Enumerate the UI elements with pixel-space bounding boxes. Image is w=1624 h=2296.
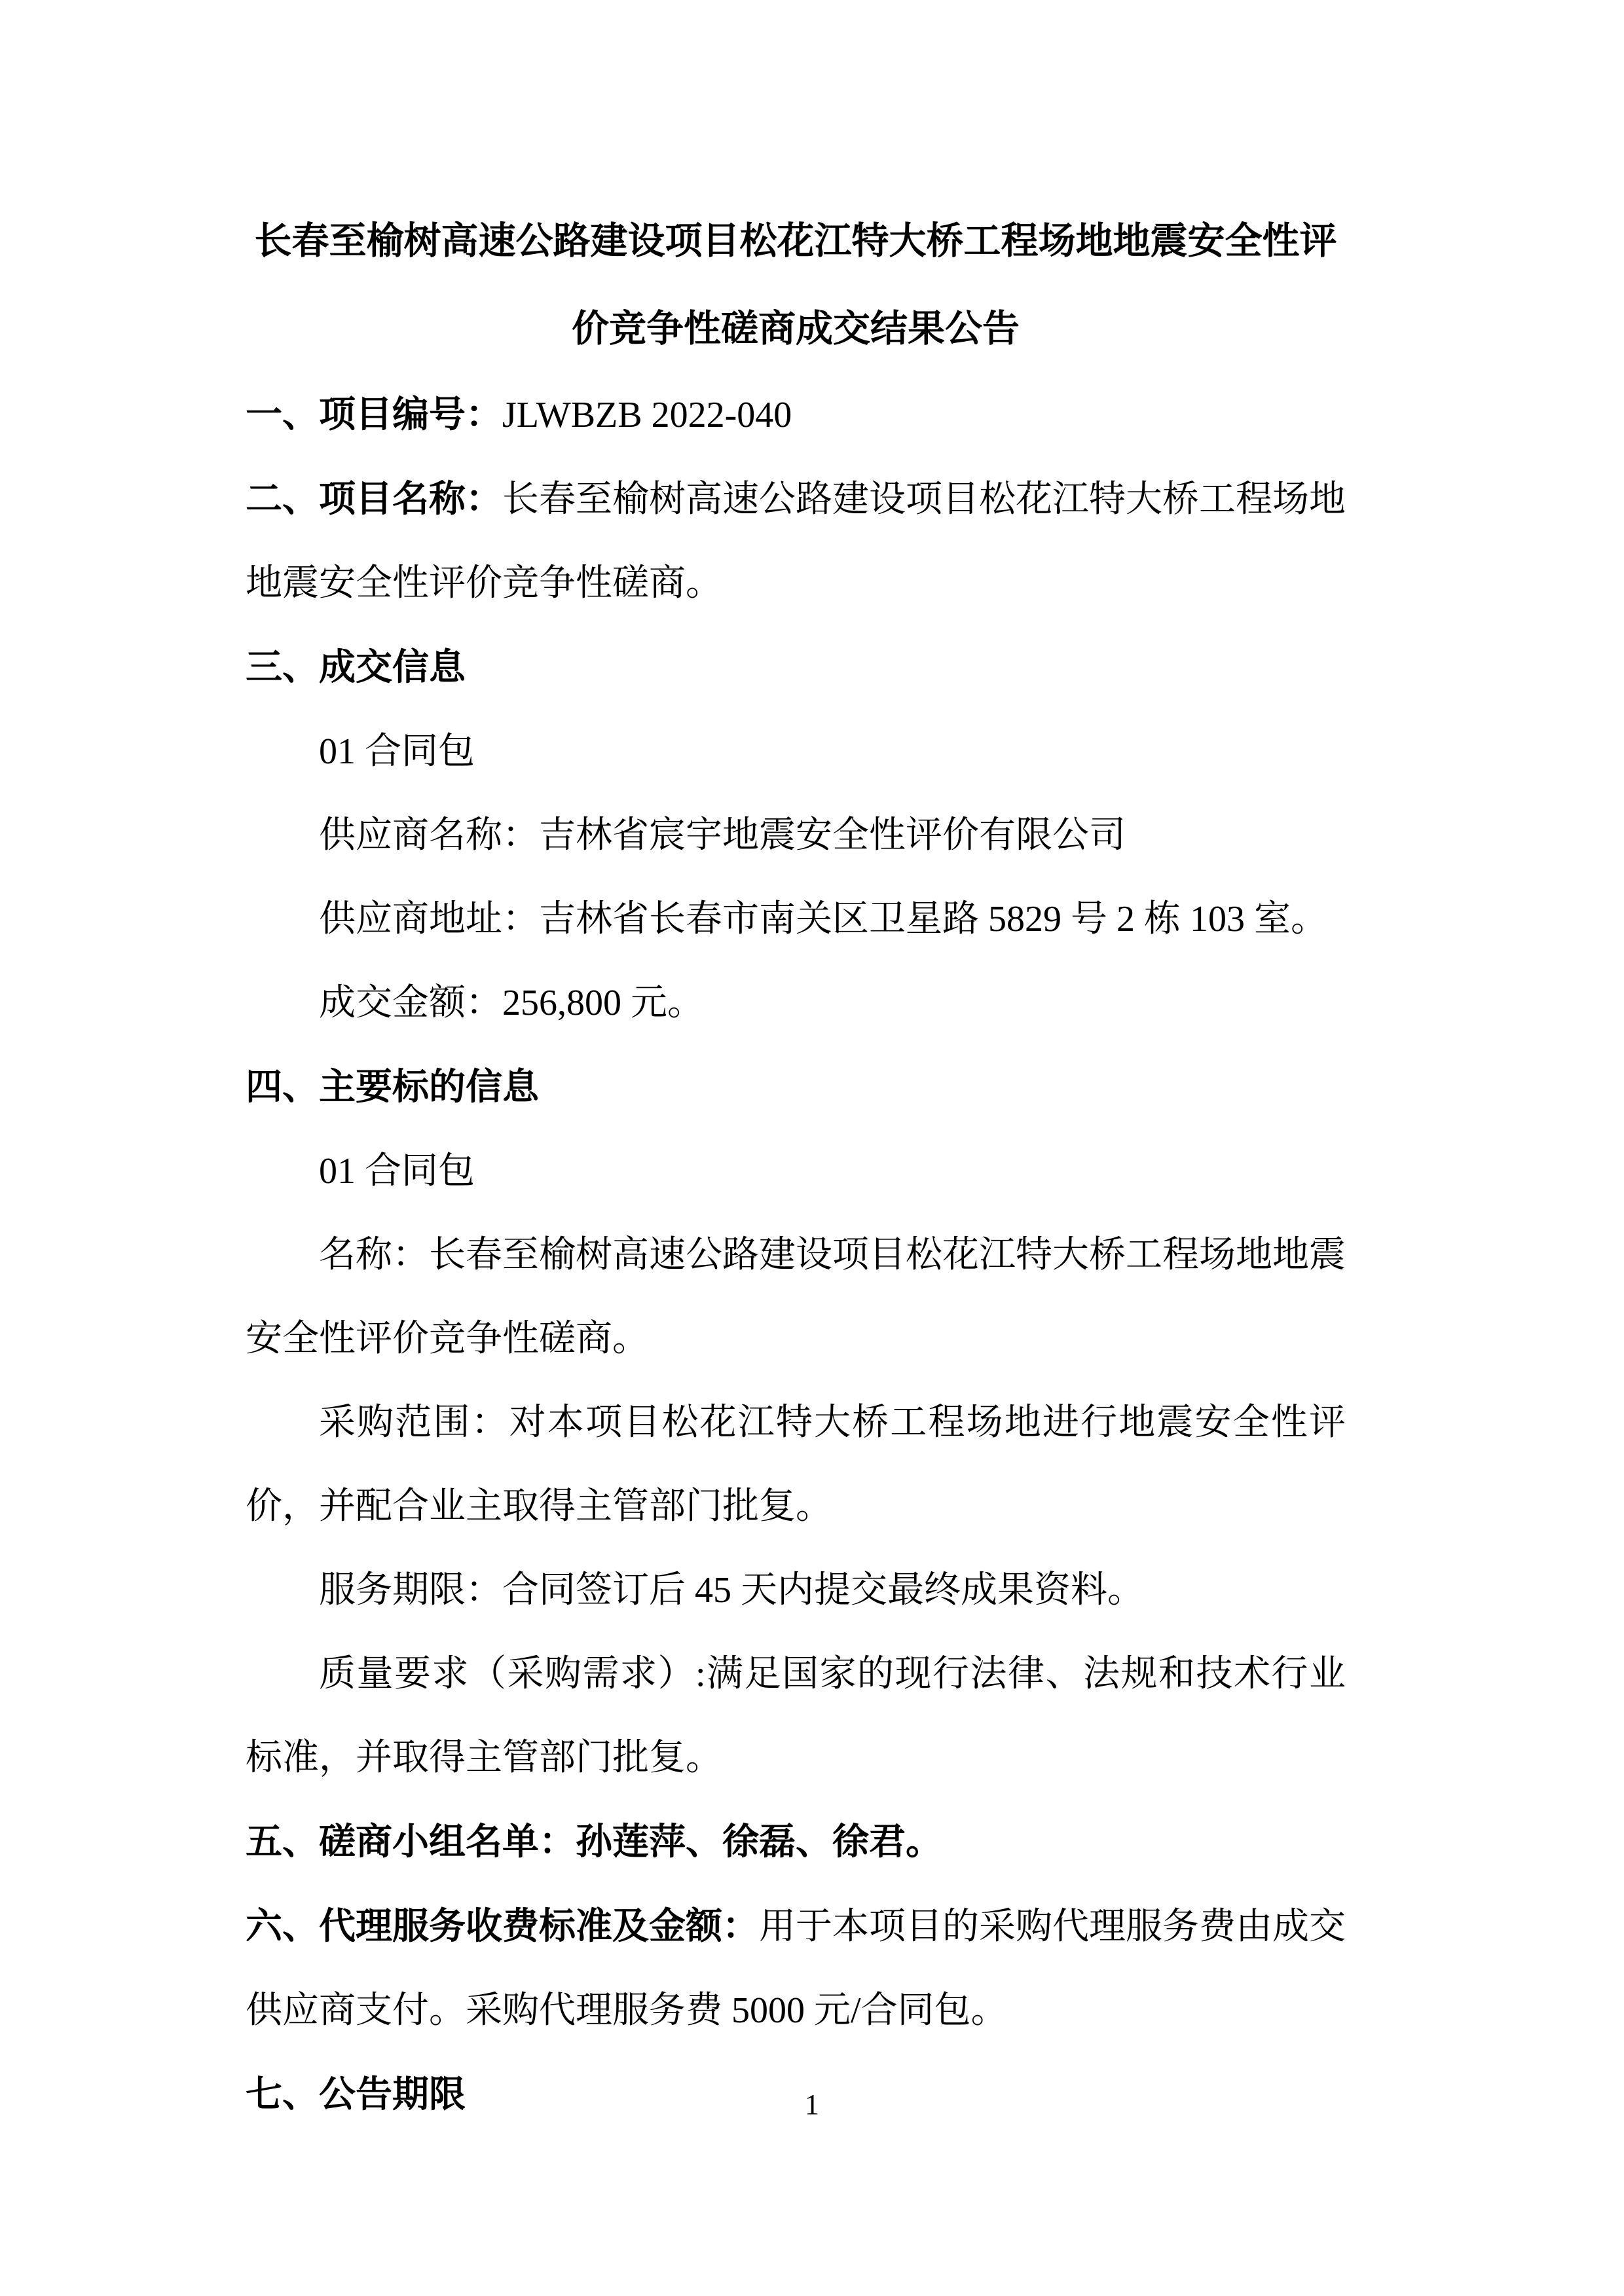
section-label: 六、代理服务收费标准及金额：	[246, 1905, 759, 1946]
section-label: 一、项目编号：	[246, 393, 502, 435]
section-label: 五、磋商小组名单：	[246, 1821, 576, 1862]
para-contract-package-2: 01 合同包	[246, 1129, 1346, 1213]
paragraph-text: 孙莲萍、徐磊、徐君。	[576, 1822, 942, 1863]
para-negotiation-team: 五、磋商小组名单：孙莲萍、徐磊、徐君。	[246, 1800, 1346, 1884]
section-label: 三、成交信息	[246, 646, 466, 687]
paragraph-text: JLWBZB 2022-040	[502, 395, 792, 435]
para-deal-amount: 成交金额：256,800 元。	[246, 961, 1346, 1045]
paragraph-text: 采购范围：对本项目松花江特大桥工程场地进行地震安全性评价，并配合业主取得主管部门…	[246, 1402, 1346, 1527]
paragraph-text: 名称：长春至榆树高速公路建设项目松花江特大桥工程场地地震安全性评价竞争性磋商。	[246, 1235, 1346, 1359]
document-title: 长春至榆树高速公路建设项目松花江特大桥工程场地地震安全性评价竞争性磋商成交结果公…	[246, 197, 1346, 373]
document-body: 一、项目编号：JLWBZB 2022-040 二、项目名称：长春至榆树高速公路建…	[246, 373, 1346, 2137]
para-service-period: 服务期限：合同签订后 45 天内提交最终成果资料。	[246, 1548, 1346, 1632]
paragraph-text: 01 合同包	[319, 731, 475, 772]
heading-deal-info: 三、成交信息	[246, 625, 1346, 710]
section-label: 四、主要标的信息	[246, 1066, 539, 1107]
page-number: 1	[0, 2085, 1624, 2124]
document-content: 长春至榆树高速公路建设项目松花江特大桥工程场地地震安全性评价竞争性磋商成交结果公…	[246, 197, 1346, 2137]
paragraph-text: 成交金额：256,800 元。	[319, 983, 704, 1023]
para-agency-fee: 六、代理服务收费标准及金额：用于本项目的采购代理服务费由成交供应商支付。采购代理…	[246, 1884, 1346, 2052]
paragraph-text: 供应商名称：吉林省宸宇地震安全性评价有限公司	[319, 815, 1126, 856]
para-quality-requirement: 质量要求（采购需求）:满足国家的现行法律、法规和技术行业标准，并取得主管部门批复…	[246, 1632, 1346, 1800]
para-contract-package-1: 01 合同包	[246, 710, 1346, 793]
document-page: 长春至榆树高速公路建设项目松花江特大桥工程场地地震安全性评价竞争性磋商成交结果公…	[0, 0, 1624, 2296]
paragraph-text: 01 合同包	[319, 1151, 475, 1192]
heading-subject-info: 四、主要标的信息	[246, 1045, 1346, 1129]
para-procurement-scope: 采购范围：对本项目松花江特大桥工程场地进行地震安全性评价，并配合业主取得主管部门…	[246, 1381, 1346, 1548]
para-subject-name: 名称：长春至榆树高速公路建设项目松花江特大桥工程场地地震安全性评价竞争性磋商。	[246, 1213, 1346, 1381]
para-supplier-address: 供应商地址：吉林省长春市南关区卫星路 5829 号 2 栋 103 室。	[246, 877, 1346, 961]
section-label: 二、项目名称：	[246, 478, 502, 519]
paragraph-text: 供应商地址：吉林省长春市南关区卫星路 5829 号 2 栋 103 室。	[319, 899, 1327, 939]
para-project-number: 一、项目编号：JLWBZB 2022-040	[246, 373, 1346, 457]
paragraph-text: 服务期限：合同签订后 45 天内提交最终成果资料。	[319, 1570, 1144, 1611]
paragraph-text: 质量要求（采购需求）:满足国家的现行法律、法规和技术行业标准，并取得主管部门批复…	[246, 1654, 1346, 1778]
para-supplier-name: 供应商名称：吉林省宸宇地震安全性评价有限公司	[246, 793, 1346, 877]
para-project-name: 二、项目名称：长春至榆树高速公路建设项目松花江特大桥工程场地地震安全性评价竞争性…	[246, 457, 1346, 625]
